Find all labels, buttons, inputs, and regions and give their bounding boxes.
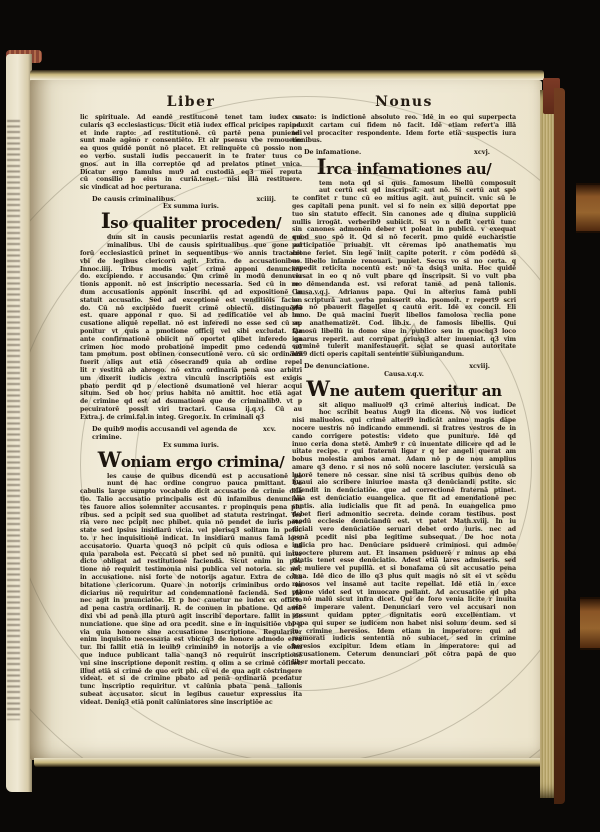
left-column: Liber lic spirituale. Ad eandē restituco… [80, 94, 302, 707]
section-folio: xciiij. [256, 195, 276, 204]
text-line: quia parabola est. Peccatū si pbet sed n… [80, 551, 302, 559]
text-line: minalibus. Ubi de causis spiritualibus q… [80, 242, 302, 250]
book-page: Liber lic spirituale. Ad eandē restituco… [30, 80, 542, 760]
text-line: carminē tulerit manifestauerit. sciat se… [292, 343, 516, 351]
book-photo: Liber lic spirituale. Ad eandē restituco… [0, 0, 600, 832]
text-line: hoc scribit beatus Aug9 ita dicens. Nō v… [292, 409, 516, 417]
text-line: Dicatur ergo famulus mu9 ad custodiā eq3… [80, 169, 302, 177]
text-line: Extra.j. de crimi.fal.in integ. Gregor.i… [80, 414, 302, 422]
text-line: sunt male agēno r consentiēto. Et alr ps… [80, 137, 302, 145]
text-line: ad muliere vel pupillā. et si bonafama c… [292, 565, 516, 573]
clasp-strap-top [576, 183, 600, 233]
page-top-edge [30, 70, 544, 80]
text-line: uitate recipe. r qui fraternū ligar r q … [292, 448, 516, 456]
text-line: penā pcedit nisi pba legitime subsequat.… [292, 534, 516, 542]
text-line: lic spirituale. Ad eandē restituconē ten… [80, 114, 302, 122]
text-line: nunt de hac ordine congruo pauca pmittan… [80, 480, 302, 488]
text-line: nunciatione. que sine ad ora pcedit. sin… [80, 621, 302, 629]
text-line: lit r vestitū ab abrogo. nō extra ordina… [80, 367, 302, 375]
text-line: crone feriet. Sin legē iniit capite pote… [292, 250, 516, 258]
facing-page-edge [6, 54, 32, 792]
left-section1-source: Ex summa iuris. [80, 203, 302, 211]
text-line: pecuiratorē possit viri tractari. Causa … [80, 406, 302, 414]
text-line: oinē imperare valent. Denunciari vero ve… [292, 604, 516, 612]
text-line: um dixerit iudicis extra vinculū inscrip… [80, 375, 302, 383]
text-line: participatiōe priuabit. vlt cēremas ipō … [292, 242, 516, 250]
text-line: ribus. sed a pcipit sed sua quolibet ad … [80, 512, 302, 520]
text-line: liber mortali peccato. [292, 659, 516, 667]
text-line: te confitet r tunc cū eo mitius agit. au… [292, 195, 516, 203]
right-section2-body: sit aliquo maliuol9 q3 crimē alterius in… [292, 402, 516, 667]
text-line: crimen hoc modo probationē impedit pmo c… [80, 344, 302, 352]
text-line: pduxit cartam cui fidem nō facit. Idē et… [292, 122, 516, 130]
right-section2-heading: Wne autem queritur an [292, 380, 516, 400]
text-line: re. anathematizēt. Cod. lib.ix. de famos… [292, 320, 516, 328]
text-line: ante confirmationē obiicit nō oportet ql… [80, 336, 302, 344]
left-section2-body: les cause de quibus dicendū est p accusa… [80, 473, 302, 707]
right-section1-body: tem nota qd si quis famosum libellū comp… [292, 180, 516, 359]
text-line: do. excipiendo. r accusando. Qm crimē in… [80, 273, 302, 281]
text-line: statuit accusatio. Sed ad exceptionē est… [80, 297, 302, 305]
text-line: famosū libellū in domo sine in publico s… [292, 328, 516, 336]
text-line: bobus molestia ambos amat. Adam nō p de … [292, 456, 516, 464]
text-line: do. Cū nō excipiēdo fuerit crimē obiectū… [80, 305, 302, 313]
text-line: diciali vero denūciatiōe seruari debet o… [292, 526, 516, 534]
text-line: pta nō pbauerit flagellet q cautū erit. … [292, 304, 516, 312]
text-line: sin canones admonēn deber vt poleat in p… [292, 226, 516, 234]
text-line: expedit reticita nocentū est: nō ta dsiq… [292, 265, 516, 273]
text-line: bitatione clericorum. Quare in notorijs … [80, 582, 302, 590]
text-line: cabulis large sumpto vocabulo dicit accu… [80, 488, 302, 496]
text-line: tuo sin statuto effecit. Sin canones ade… [292, 211, 516, 219]
left-section2-title-row: De quib9 modis accusandi vel agenda de c… [80, 425, 302, 442]
text-line: fuerit aliqs aut etiā cōsecrand9 quia ab… [80, 359, 302, 367]
text-line: Alia est denūciatio euangelica. que fit … [292, 495, 516, 503]
text-line: tionibus. [292, 137, 516, 145]
text-line: possunt quidam ppter dignitatis eorū exc… [292, 612, 516, 620]
facing-page-text-fragments [7, 120, 20, 720]
text-line: ritatis tenet esse denūciatio. Adest eti… [292, 557, 516, 565]
text-line: enim inquisito necessaria est vbicūq3 de… [80, 636, 302, 644]
text-line: videat. Deniq3 etiā ponit calūniatores s… [80, 699, 302, 707]
text-line: tio. Talio accusatio principalis est dū … [80, 496, 302, 504]
text-line: via quia honore sine accusatione inscrip… [80, 629, 302, 637]
text-line: ponitur vt quis a pmotione officij vel s… [80, 328, 302, 336]
text-line: dicto obligat ad restitutionē faciendā. … [80, 558, 302, 566]
text-line: dum accusationis apponit inscribi. qd ad… [80, 289, 302, 297]
text-line: cularis q3 ecclesiasticus. Dicit etiā iu… [80, 122, 302, 130]
text-line: est. quare apponal r quo. Si ad redifica… [80, 312, 302, 320]
text-line: cando corrigere potestis: videto que pun… [292, 433, 516, 441]
text-line: aut certū est qd inscripsit. aut nō. Si … [292, 187, 516, 195]
text-line: iuraui aio scribere iniurioe masta q3 de… [292, 479, 516, 487]
text-line: ea quos quidē ponūt nō placet. Et relinq… [80, 145, 302, 153]
text-line: eo verbo. sustali iudis peccauerit in te… [80, 153, 302, 161]
text-line: memorati iudicis sententiā nō subiacet. … [292, 635, 516, 643]
right-section1-heading: Irca infamationes au/ [292, 158, 516, 178]
text-line: re dēmendanda est. vsi reforat tamē ad p… [292, 281, 516, 289]
left-section2-heading: Woniam ergo crimina/ [80, 451, 302, 471]
text-line: que induce publicant talia nanq3 nō requ… [80, 652, 302, 660]
text-line: ignarus reperit. aut corrūpat priusq3 al… [292, 336, 516, 344]
text-line: ad pena castra ordinarij. R. de conuen i… [80, 605, 302, 613]
text-line: heresios excipitur. Idem etiam in impera… [292, 643, 516, 651]
fore-edge-pages [540, 90, 554, 798]
text-line: in accusatione. nisi forte de notorijs a… [80, 574, 302, 582]
leather-board-edge [554, 88, 565, 804]
section-folio: xcv. [263, 425, 276, 442]
text-line: ptione videt sed vt imuocare pellant. Ad… [292, 589, 516, 597]
text-line: Causa.v.q.j. Adrianus papa. Qui in alter… [292, 289, 516, 297]
text-line: tunc inscriptio requiritur. vt calūnia p… [80, 683, 302, 691]
text-line: ges capitali pena punit. vel si fo nein … [292, 203, 516, 211]
text-line: les cause de quibus dicendū est p accusa… [80, 473, 302, 481]
text-line: cū consilio p eius in curiā.tenet. nisi … [80, 176, 302, 184]
running-head-left: Liber [80, 94, 302, 114]
text-line: videat. et si de crimine pbato ad penā o… [80, 675, 302, 683]
section-title: De quib9 modis accusandi vel agenda de c… [92, 425, 263, 442]
text-line: diciarius nō requiritur ad condemnationē… [80, 590, 302, 598]
text-line: vni sine inscriptione deponit restim. q … [80, 660, 302, 668]
right-column: Nonus cusato: is indictionē absoluto reo… [292, 94, 516, 667]
text-line: papa qui super se iudicem non habet nisi… [292, 620, 516, 628]
text-line: minosos vel insamē aut tacite repellat. … [292, 581, 516, 589]
text-line: inuo ceria dona stetē. Ambr9 r cū inuent… [292, 441, 516, 449]
text-line: versat in eo q nō vult pbare qd inscrips… [292, 273, 516, 281]
text-line: forū ecclesiasticū prinet in sequentibus… [80, 250, 302, 258]
text-line: nocere uestris nō indicando emmendi. si … [292, 425, 516, 433]
running-head-right: Nonus [292, 94, 516, 114]
text-line: pbato perdit qd p electionē dsumationē v… [80, 383, 302, 391]
text-line: accusatorio. Quarta quoq3 nō pcipit cū q… [80, 543, 302, 551]
left-section1-title-row: De causis criminalibus. xciiij. [80, 195, 302, 204]
text-line: te vel procaciter respondente. Idem fort… [292, 130, 516, 138]
text-line: tem nota qd si quis famosum libellū comp… [292, 180, 516, 188]
text-line: ria vero nec pcipit nec phibet. quia nō … [80, 519, 302, 527]
text-line: nullis irrogāt. verberib9 subiicit. Si v… [292, 219, 516, 227]
text-line: lutorē tenere nō cessar. sine nisi tā sc… [292, 472, 516, 480]
text-line: insoctere plurem aut. Et insamen psiduer… [292, 550, 516, 558]
text-line: subeat accusator. sicut in legibus cauet… [80, 691, 302, 699]
text-line: modū ecclesie denūciandū est. vt patet M… [292, 518, 516, 526]
text-line: hui9 dicti operis capitali sententie sub… [292, 351, 516, 359]
text-line: cantis. alia iudicialis que fit ad penā.… [292, 503, 516, 511]
text-line: nec agit in pnunciatōe. Et p hoc cauetur… [80, 597, 302, 605]
text-line: gnos. aut in illa correptōe qd ad prelat… [80, 161, 302, 169]
text-line: dum sit in causis pecuniariis restat age… [80, 234, 302, 242]
text-line: state sed ipsius insidiarū vicia. vel pl… [80, 527, 302, 535]
text-line: debet fieri admonitio secreta. deinde co… [292, 511, 516, 519]
text-line: situm. Sed ob hoc prius habita nō amitti… [80, 390, 302, 398]
text-line: nisi maliuolos. qui crimē alteri9 indicā… [292, 417, 516, 425]
text-line: sic vindicat ad hoc perturana. [80, 184, 302, 192]
text-line: tes fauore alios solemniter accusantes. … [80, 504, 302, 512]
text-line: ce scripturā aut verba pmisserit ola. ps… [292, 297, 516, 305]
text-line: quod suo spō it. Qd si nō fecerit. pmo q… [292, 234, 516, 242]
text-line: bano. De quā macini fuerīt libellos famo… [292, 312, 516, 320]
text-line: Innoc.iiij. Tribus modis valet crimē app… [80, 266, 302, 274]
text-line: to. r hec inquisitionē indicat. In insid… [80, 535, 302, 543]
section-folio: xcviij. [469, 362, 490, 371]
text-line: vbi de legibus clericorū agit. Extra. de… [80, 258, 302, 266]
text-line: illud etiā si crimē de quo erit pbi. cū … [80, 668, 302, 676]
text-line: offendit in denūciatiōe. que ad correcti… [292, 487, 516, 495]
text-line: tionis apponit. nō est inscriptio necess… [80, 281, 302, 289]
text-line: cusato: is indictionē absoluto reo. Idē … [292, 114, 516, 122]
text-line: accusationem. Ceterum denunciari pōt cōt… [292, 651, 516, 659]
text-line: cusatione aliquē repellat. nō est infere… [80, 320, 302, 328]
text-line: tur. Ibi fallit etiā in leuib9 criminib9… [80, 644, 302, 652]
text-line: amare q3 deno. r si nos nō solū nocere l… [292, 464, 516, 472]
text-line: de crimine qd est ad dsumationē que de c… [80, 398, 302, 406]
text-line: tione nō requirit testimonia nisi public… [80, 566, 302, 574]
text-line: tam pmotum. post obtinen consecutionē ve… [80, 351, 302, 359]
text-line: dixi vbi ad penā illa pturū agit inscrib… [80, 613, 302, 621]
text-line: eo libello infamie renouarī. puniet. Sec… [292, 258, 516, 266]
section-title: De denunciatione. [304, 362, 369, 371]
text-line: indicia pro hac. Denūciare psiduerē crim… [292, 542, 516, 550]
left-continuation-block: lic spirituale. Ad eandē restituconē ten… [80, 114, 302, 192]
left-section1-heading: Iso qualiter proceden/ [80, 212, 302, 232]
text-line: re nō malū sicut infra dicet. Qui de for… [292, 596, 516, 604]
clasp-strap-bottom [580, 597, 600, 650]
page-bottom-edge [34, 758, 544, 767]
text-line: sit aliquo maliuol9 q3 crimē alterius in… [292, 402, 516, 410]
section-title: De infamatione. [304, 148, 361, 157]
section-title: De causis criminalibus. [92, 195, 176, 204]
section-folio: xcvj. [474, 148, 490, 157]
right-continuation-block: cusato: is indictionē absoluto reo. Idē … [292, 114, 516, 145]
text-line: et inde rapto: ad restitutionē. cū partē… [80, 130, 302, 138]
text-line: in crimine heresios. Idem etiam in imper… [292, 628, 516, 636]
left-section1-body: dum sit in causis pecuniariis restat age… [80, 234, 302, 421]
text-line: lena. Idē dico de illo q3 plus quit magi… [292, 573, 516, 581]
right-section2-title-row: De denunciatione. xcviij. [292, 362, 516, 371]
